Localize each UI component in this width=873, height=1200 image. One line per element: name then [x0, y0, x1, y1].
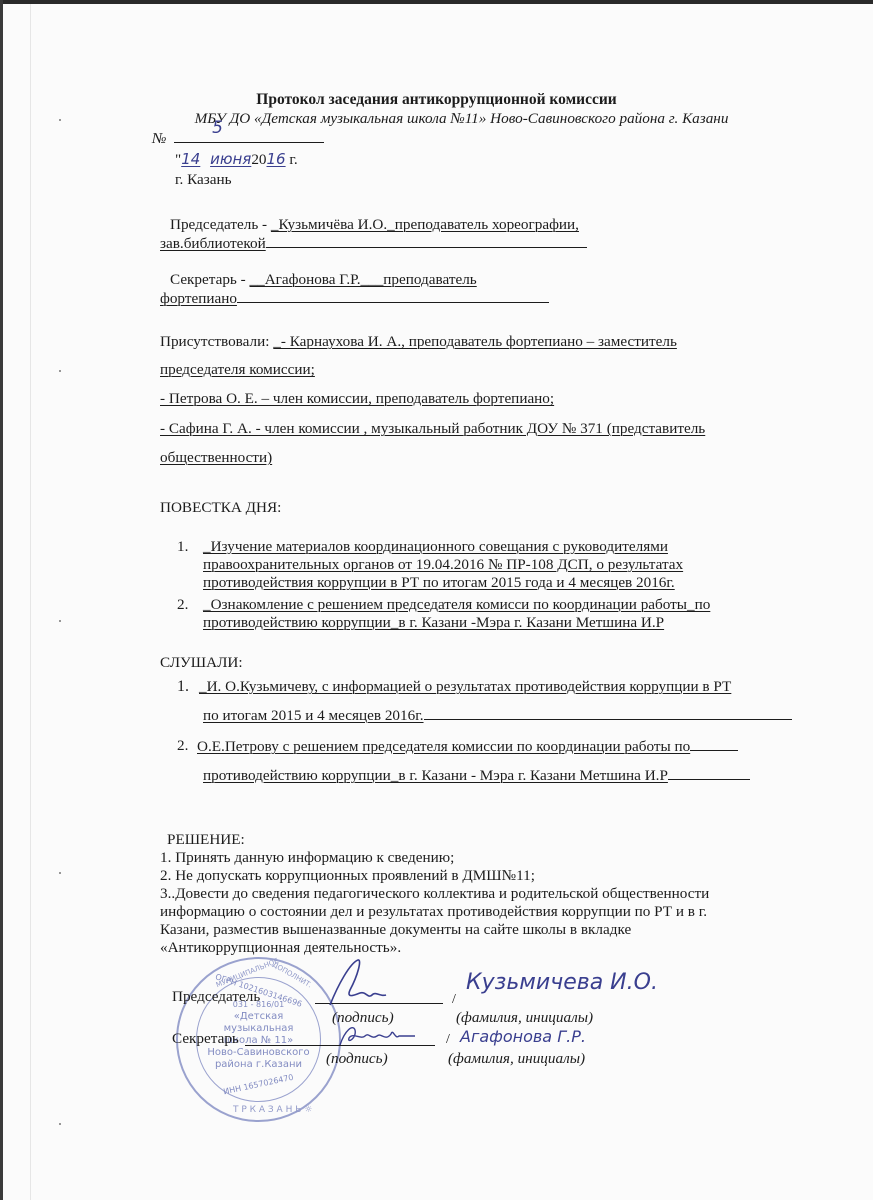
heard-item-text: противодействию коррупции_в г. Казани - …: [203, 767, 668, 784]
attendee-line: председателя комиссии;: [160, 361, 315, 379]
decision-line: информацию о состоянии дел и результатах…: [160, 903, 707, 921]
agenda-item-line: противодействию коррупции_в г. Казани -М…: [203, 614, 664, 632]
date-year-handwritten: 16: [267, 150, 286, 168]
stamp-line: Ново-Савиновского: [178, 1047, 339, 1059]
decision-line: Казани, разместив вышеназванные документ…: [160, 921, 631, 939]
scan-edge-top: [0, 0, 873, 4]
attendee-line: - Сафина Г. А. - член комиссии , музыкал…: [160, 420, 705, 438]
agenda-heading: ПОВЕСТКА ДНЯ:: [160, 499, 281, 517]
chairman-name-handwritten: Кузьмичева И.О.: [466, 974, 658, 992]
protocol-number-row: № 5: [152, 129, 324, 148]
agenda-item-line: противодействия коррупции в РТ по итогам…: [203, 574, 675, 592]
chairman-label: Председатель -: [170, 216, 271, 233]
margin-mark: [59, 370, 61, 372]
number-label: №: [152, 130, 166, 147]
chairman-separator: /: [452, 991, 456, 1009]
city: г. Казань: [175, 171, 232, 189]
document-title: Протокол заседания антикоррупционной ком…: [0, 91, 873, 109]
secretary-signature: [335, 1020, 425, 1050]
secretary-fill-line: [237, 289, 549, 303]
name-caption: (фамилия, инициалы): [448, 1050, 585, 1068]
margin-mark: [59, 1123, 61, 1125]
date-year-unit: г.: [289, 151, 297, 168]
heard-item-line: _И. О.Кузьмичеву, с информацией о резуль…: [199, 678, 731, 696]
agenda-item-line: _Изучение материалов координационного со…: [203, 538, 668, 556]
date-month-handwritten: июня: [210, 150, 251, 168]
decision-heading: РЕШЕНИЕ:: [167, 831, 245, 849]
secretary-row: Секретарь - __Агафонова Г.Р.___преподава…: [170, 271, 477, 289]
stamp-line: «Детская: [178, 1011, 339, 1023]
heard-heading: СЛУШАЛИ:: [160, 654, 243, 672]
secretary-value: __Агафонова Г.Р.___преподаватель: [250, 271, 477, 288]
date-year-prefix: 20: [251, 151, 266, 168]
secretary-row-2: фортепиано: [160, 289, 549, 308]
chairman-fill-line: [266, 234, 587, 248]
heard-item-number: 1.: [177, 678, 189, 696]
number-field: 5: [174, 129, 324, 143]
agenda-item-number: 2.: [177, 596, 188, 614]
stamp-ring-text: Т Р К А З А Н Ь ☼: [233, 1105, 312, 1115]
chairman-signature-label: Председатель: [172, 988, 260, 1006]
heard-fill-line: [690, 737, 738, 751]
secretary-label: Секретарь -: [170, 271, 250, 288]
date-day-handwritten: 14: [181, 150, 200, 168]
margin-mark: [59, 872, 61, 874]
secretary-separator: /: [446, 1031, 450, 1049]
secretary-name-handwritten: Агафонова Г.Р.: [460, 1028, 586, 1046]
date-row: "14 июня2016 г.: [175, 150, 298, 169]
heard-item-text: по итогам 2015 и 4 месяцев 2016г.: [203, 707, 424, 724]
decision-line: 1. Принять данную информацию к сведению;: [160, 849, 454, 867]
agenda-item-line: правоохранительных органов от 19.04.2016…: [203, 556, 683, 574]
name-caption: (фамилия, инициалы): [456, 1009, 593, 1027]
secretary-value-2: фортепиано: [160, 290, 237, 307]
margin-mark: [59, 620, 61, 622]
heard-item-line: противодействию коррупции_в г. Казани - …: [203, 766, 750, 785]
chairman-value-2: зав.библиотекой: [160, 235, 266, 252]
chairman-row: Председатель - _Кузьмичёва И.О._преподав…: [170, 216, 579, 234]
attendee-line: - Петрова О. Е. – член комиссии, препода…: [160, 390, 554, 408]
attendees-label: Присутствовали:: [160, 333, 273, 350]
signature-caption: (подпись): [326, 1050, 388, 1068]
chairman-value: _Кузьмичёва И.О._преподаватель хореограф…: [271, 216, 579, 233]
heard-item-line-2: по итогам 2015 и 4 месяцев 2016г.: [203, 706, 792, 725]
number-handwritten: 5: [212, 119, 223, 137]
scan-edge-fold: [30, 4, 31, 1200]
agenda-item-number: 1.: [177, 538, 188, 556]
attendee-line: _- Карнаухова И. А., преподаватель форте…: [273, 333, 677, 350]
decision-line: 3..Довести до сведения педагогического к…: [160, 885, 709, 903]
scan-edge-left: [0, 0, 3, 1200]
heard-fill-line: [668, 766, 750, 780]
attendees-row-1: Присутствовали: _- Карнаухова И. А., пре…: [160, 333, 677, 351]
heard-item-number: 2.: [177, 737, 188, 755]
chairman-row-2: зав.библиотекой: [160, 234, 587, 253]
heard-item-line: О.Е.Петрову с решением председателя коми…: [197, 737, 738, 756]
secretary-signature-label: Секретарь: [172, 1030, 239, 1048]
organization-name: МБУ ДО «Детская музыкальная школа №11» Н…: [0, 110, 873, 128]
chairman-signature: [320, 955, 400, 1010]
heard-fill-line: [424, 706, 792, 720]
decision-line: 2. Не допускать коррупционных проявлений…: [160, 867, 535, 885]
heard-item-text: О.Е.Петрову с решением председателя коми…: [197, 738, 690, 755]
attendee-line: общественности): [160, 449, 272, 467]
agenda-item-line: _Ознакомление с решением председателя ко…: [203, 596, 710, 614]
